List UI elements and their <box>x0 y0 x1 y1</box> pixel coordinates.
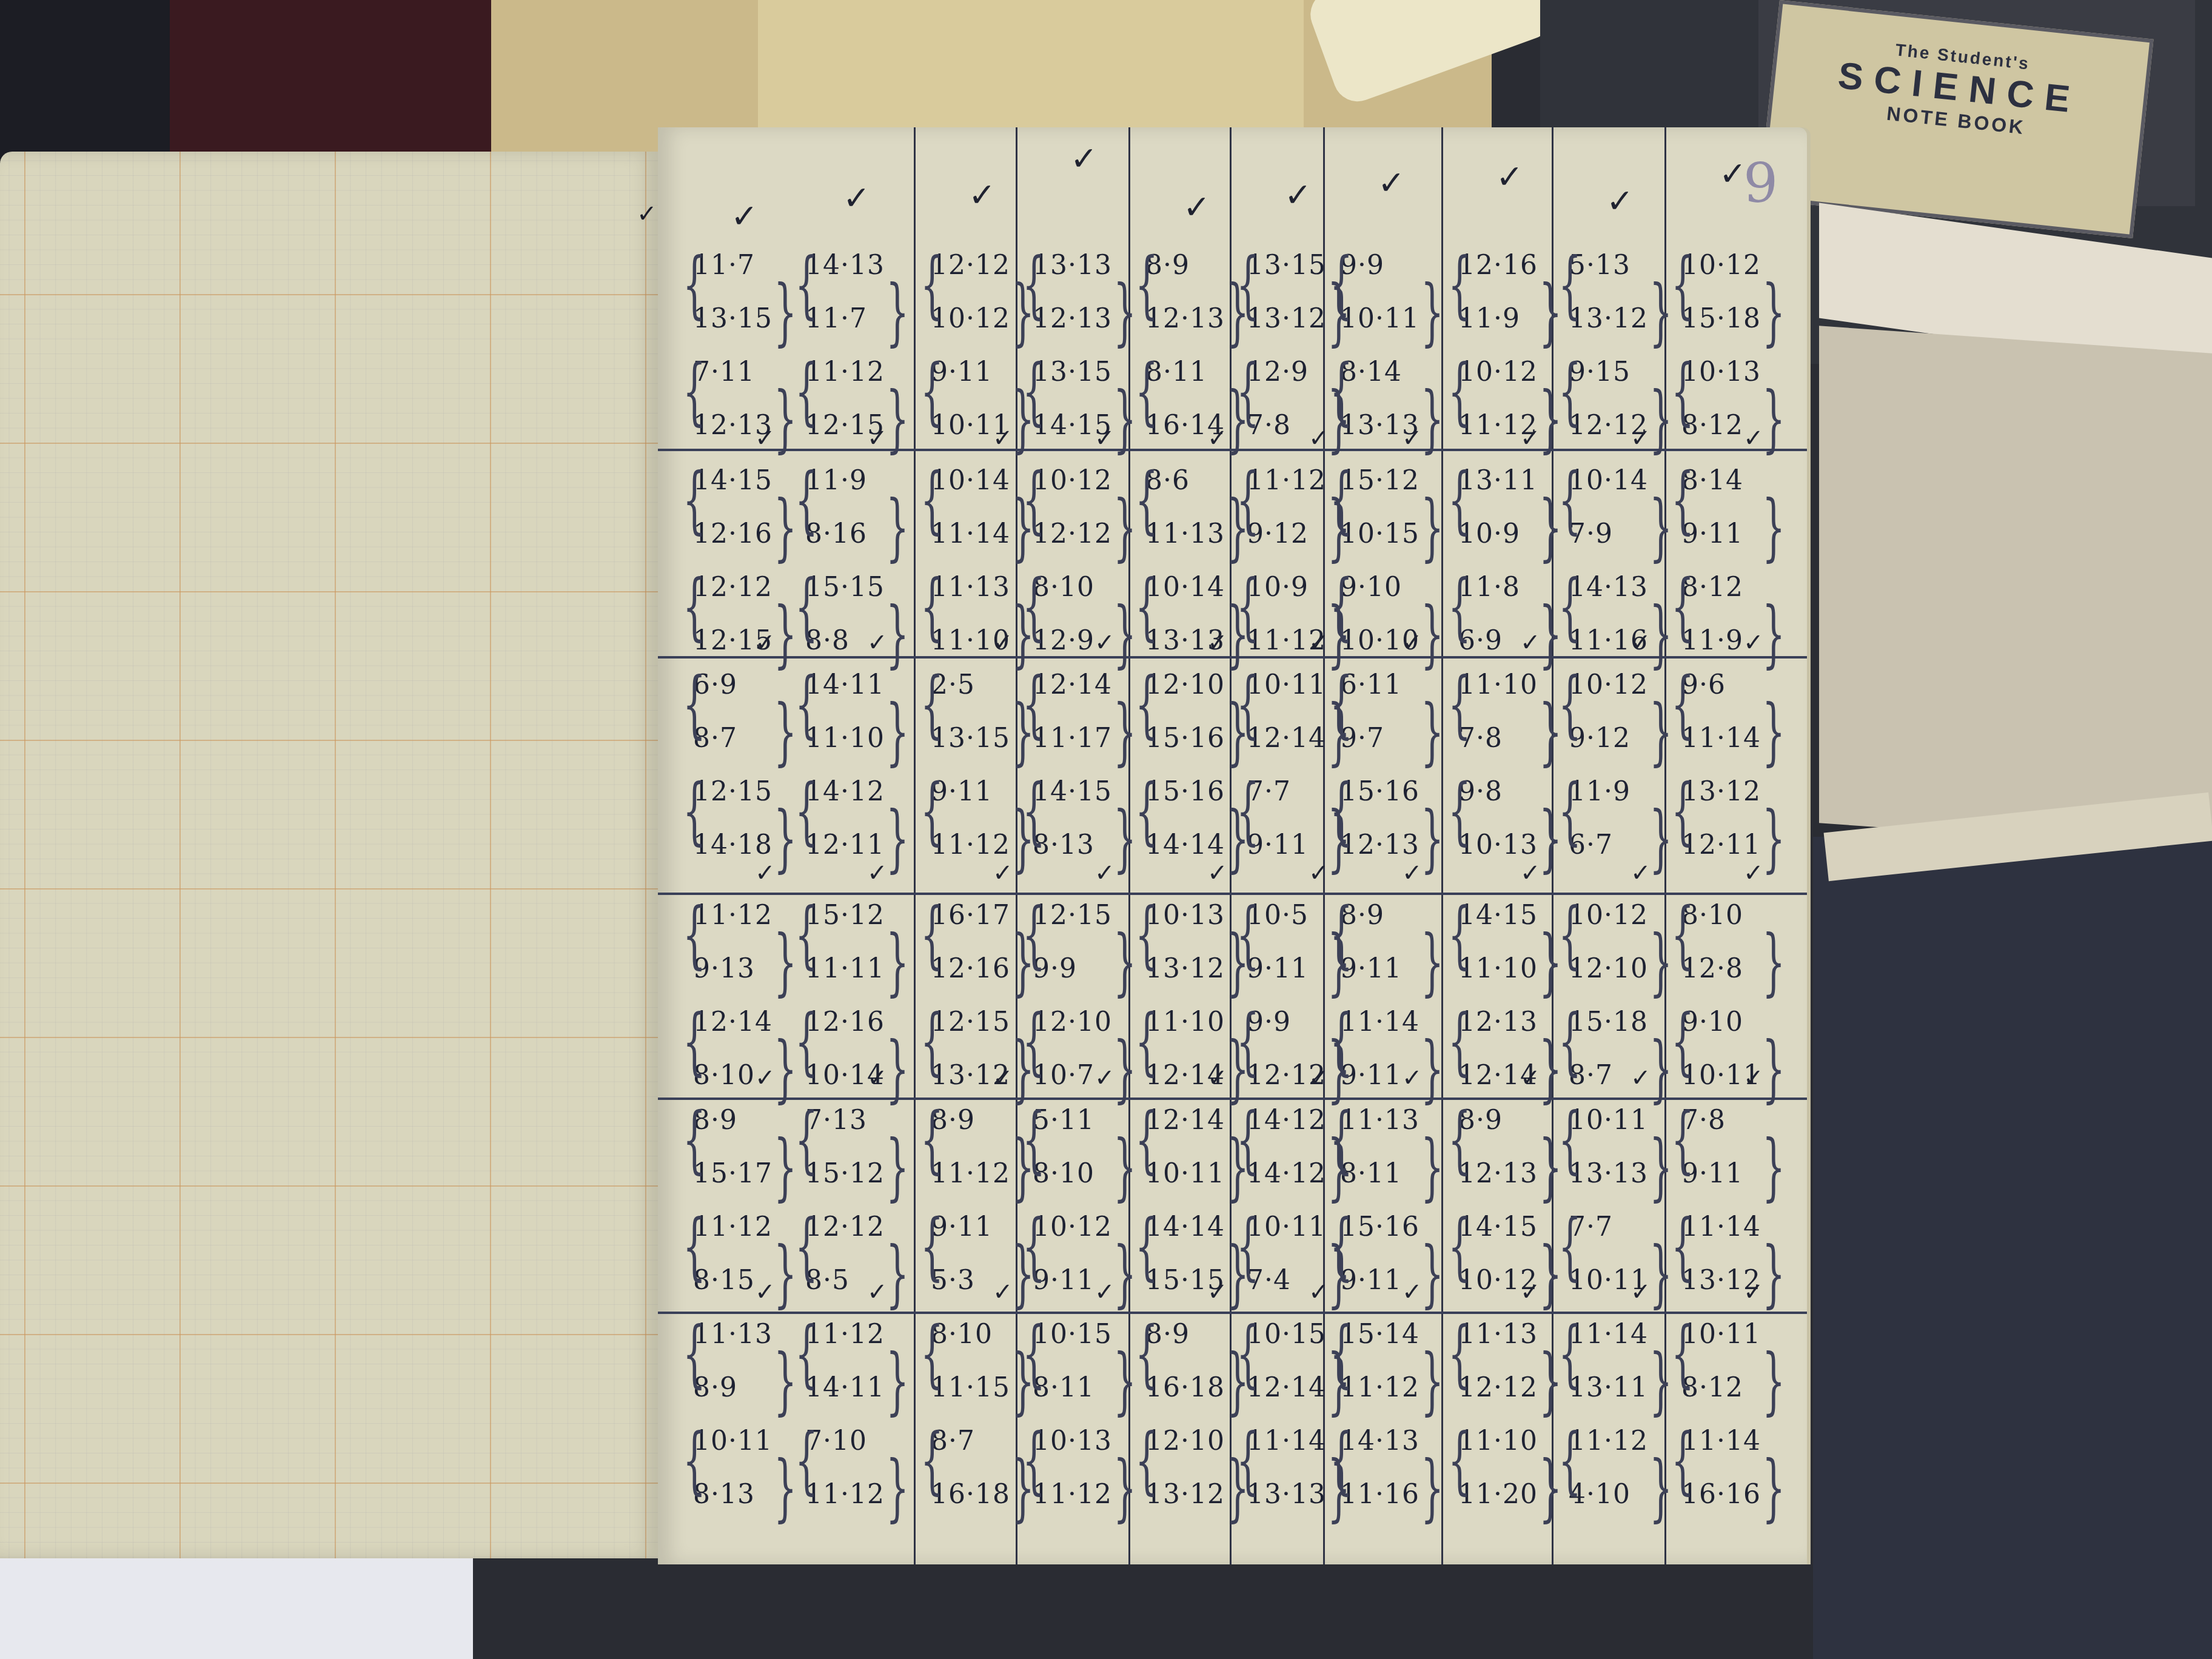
right-brace-icon: } <box>1649 926 1672 999</box>
left-brace-icon: { <box>1022 668 1045 741</box>
check-mark-icon: ✓ <box>1402 1064 1423 1092</box>
left-brace-icon: { <box>1022 571 1045 643</box>
left-brace-icon: { <box>1448 668 1471 741</box>
right-brace-icon: } <box>1421 926 1444 999</box>
left-brace-icon: { <box>1236 464 1259 537</box>
check-mark-icon: ✓ <box>1207 1064 1228 1092</box>
left-brace-icon: { <box>1022 355 1045 428</box>
check-mark-icon: ✓ <box>1094 1064 1115 1092</box>
right-brace-icon: } <box>886 491 909 564</box>
right-brace-icon: } <box>1421 383 1444 455</box>
right-brace-icon: } <box>774 802 797 875</box>
right-brace-icon: } <box>1762 1345 1785 1418</box>
left-brace-icon: { <box>1448 1318 1471 1390</box>
left-brace-icon: { <box>1671 1210 1694 1283</box>
right-brace-icon: } <box>774 1131 797 1204</box>
check-mark-icon: ✓ <box>755 1064 776 1092</box>
check-mark-icon: ✓ <box>1309 629 1329 657</box>
check-mark-icon: ✓ <box>1631 424 1651 452</box>
right-brace-icon: } <box>774 1033 797 1105</box>
left-brace-icon: { <box>1236 1424 1259 1497</box>
right-brace-icon: } <box>1421 1452 1444 1524</box>
left-brace-icon: { <box>920 899 943 971</box>
check-mark-icon: ✓ <box>1743 424 1764 452</box>
right-brace-icon: } <box>1113 1131 1136 1204</box>
left-brace-icon: { <box>1236 1210 1259 1283</box>
right-brace-icon: } <box>1649 1452 1672 1524</box>
left-brace-icon: { <box>1236 1104 1259 1176</box>
check-mark-icon: ✓ <box>1207 859 1228 887</box>
left-brace-icon: { <box>1330 571 1353 643</box>
left-brace-icon: { <box>1671 899 1694 971</box>
left-brace-icon: { <box>795 668 818 741</box>
check-mark-icon: ✓ <box>993 629 1013 657</box>
right-brace-icon: } <box>886 598 909 671</box>
right-brace-icon: } <box>1649 1033 1672 1105</box>
cover-label: The Student's SCIENCE NOTE BOOK <box>1759 0 2154 238</box>
left-brace-icon: { <box>1135 668 1158 741</box>
left-brace-icon: { <box>1671 775 1694 848</box>
check-mark-icon: ✓ <box>1309 1064 1329 1092</box>
page-number: 9 <box>1743 152 1778 215</box>
check-mark-icon: ✓ <box>1631 859 1651 887</box>
left-brace-icon: { <box>683 668 706 741</box>
left-brace-icon: { <box>1671 668 1694 741</box>
right-brace-icon: } <box>886 276 909 349</box>
right-brace-icon: } <box>1762 1452 1785 1524</box>
check-mark-icon: ✓ <box>867 859 888 887</box>
check-mark-icon: ✓ <box>755 1278 776 1306</box>
left-brace-icon: { <box>1022 249 1045 321</box>
left-brace-icon: { <box>1330 1318 1353 1390</box>
left-brace-icon: { <box>1236 355 1259 428</box>
check-mark-icon: ✓ <box>1631 629 1651 657</box>
left-brace-icon: { <box>683 1318 706 1390</box>
left-brace-icon: { <box>1236 899 1259 971</box>
right-brace-icon: } <box>774 1452 797 1524</box>
left-brace-icon: { <box>683 571 706 643</box>
check-mark-icon: ✓ <box>1520 424 1541 452</box>
right-brace-icon: } <box>1762 802 1785 875</box>
right-brace-icon: } <box>1113 1238 1136 1310</box>
left-brace-icon: { <box>795 1104 818 1176</box>
background-red-fabric <box>170 0 546 170</box>
check-mark-icon: ✓ <box>1207 629 1228 657</box>
left-brace-icon: { <box>1558 249 1581 321</box>
left-brace-icon: { <box>1558 668 1581 741</box>
left-brace-icon: { <box>1022 1318 1045 1390</box>
right-brace-icon: } <box>1649 1131 1672 1204</box>
check-mark-icon: ✓ <box>1094 424 1115 452</box>
left-brace-icon: { <box>1558 1318 1581 1390</box>
left-brace-icon: { <box>920 464 943 537</box>
left-brace-icon: { <box>1022 464 1045 537</box>
right-brace-icon: } <box>774 598 797 671</box>
left-brace-icon: { <box>1558 571 1581 643</box>
right-brace-icon: } <box>1762 926 1785 999</box>
right-brace-icon: } <box>1421 598 1444 671</box>
check-mark-icon: ✓ <box>1207 424 1228 452</box>
left-brace-icon: { <box>1671 1318 1694 1390</box>
left-brace-icon: { <box>1022 899 1045 971</box>
left-brace-icon: { <box>1135 1424 1158 1497</box>
right-brace-icon: } <box>774 926 797 999</box>
left-brace-icon: { <box>683 249 706 321</box>
right-brace-icon: } <box>1113 276 1136 349</box>
left-brace-icon: { <box>1330 1210 1353 1283</box>
check-mark-icon: ✓ <box>755 859 776 887</box>
check-mark-icon: ✓ <box>1094 859 1115 887</box>
right-brace-icon: } <box>1762 1131 1785 1204</box>
check-mark-icon: ✓ <box>993 1064 1013 1092</box>
check-mark-icon: ✓ <box>755 629 776 657</box>
left-brace-icon: { <box>920 1318 943 1390</box>
left-brace-icon: { <box>1135 355 1158 428</box>
left-brace-icon: { <box>920 775 943 848</box>
right-brace-icon: } <box>1113 598 1136 671</box>
right-brace-icon: } <box>1113 802 1136 875</box>
right-brace-icon: } <box>774 383 797 455</box>
right-brace-icon: } <box>1762 383 1785 455</box>
left-brace-icon: { <box>1558 1424 1581 1497</box>
right-brace-icon: } <box>1113 1033 1136 1105</box>
left-brace-icon: { <box>1330 775 1353 848</box>
left-brace-icon: { <box>1330 355 1353 428</box>
left-brace-icon: { <box>1135 464 1158 537</box>
left-brace-icon: { <box>1558 1210 1581 1283</box>
left-brace-icon: { <box>1448 249 1471 321</box>
check-mark-icon: ✓ <box>1631 1278 1651 1306</box>
left-brace-icon: { <box>1135 1104 1158 1176</box>
left-brace-icon: { <box>1448 1104 1471 1176</box>
left-brace-icon: { <box>683 899 706 971</box>
check-mark-icon: ✓ <box>1719 155 1746 193</box>
left-brace-icon: { <box>1448 355 1471 428</box>
right-brace-icon: } <box>886 1345 909 1418</box>
left-brace-icon: { <box>795 1005 818 1078</box>
left-brace-icon: { <box>1330 1104 1353 1176</box>
left-brace-icon: { <box>683 355 706 428</box>
check-mark-icon: ✓ <box>993 1278 1013 1306</box>
left-brace-icon: { <box>1448 571 1471 643</box>
left-brace-icon: { <box>1135 571 1158 643</box>
right-brace-icon: } <box>774 491 797 564</box>
left-brace-icon: { <box>1022 1210 1045 1283</box>
left-brace-icon: { <box>683 464 706 537</box>
right-brace-icon: } <box>1113 1452 1136 1524</box>
left-brace-icon: { <box>1671 249 1694 321</box>
archive-box-interior <box>758 0 1304 139</box>
left-brace-icon: { <box>920 1424 943 1497</box>
right-brace-icon: } <box>1649 491 1672 564</box>
check-mark-icon: ✓ <box>1094 1278 1115 1306</box>
left-brace-icon: { <box>920 668 943 741</box>
check-mark-icon: ✓ <box>1520 1278 1541 1306</box>
right-brace-icon: } <box>1421 802 1444 875</box>
right-brace-icon: } <box>1113 1345 1136 1418</box>
left-brace-icon: { <box>1558 464 1581 537</box>
left-brace-icon: { <box>1135 1210 1158 1283</box>
right-brace-icon: } <box>1421 1238 1444 1310</box>
left-brace-icon: { <box>1330 464 1353 537</box>
left-brace-icon: { <box>1236 249 1259 321</box>
grey-box <box>1819 326 2212 850</box>
right-brace-icon: } <box>886 383 909 455</box>
left-brace-icon: { <box>920 1005 943 1078</box>
right-brace-icon: } <box>1421 695 1444 768</box>
right-brace-icon: } <box>1762 598 1785 671</box>
left-brace-icon: { <box>1022 1005 1045 1078</box>
check-mark-icon: ✓ <box>1402 629 1423 657</box>
right-brace-icon: } <box>1762 695 1785 768</box>
left-brace-icon: { <box>1448 1210 1471 1283</box>
left-brace-icon: { <box>1236 1005 1259 1078</box>
right-brace-icon: } <box>1649 1238 1672 1310</box>
right-brace-icon: } <box>1649 598 1672 671</box>
check-mark-icon: ✓ <box>1402 1278 1423 1306</box>
left-brace-icon: { <box>1448 899 1471 971</box>
left-brace-icon: { <box>1558 1104 1581 1176</box>
check-mark-icon: ✓ <box>1402 859 1423 887</box>
left-brace-icon: { <box>1236 775 1259 848</box>
left-brace-icon: { <box>795 355 818 428</box>
right-brace-icon: } <box>886 1238 909 1310</box>
left-brace-icon: { <box>1236 668 1259 741</box>
right-brace-icon: } <box>774 1238 797 1310</box>
left-brace-icon: { <box>1236 571 1259 643</box>
right-brace-icon: } <box>1421 1345 1444 1418</box>
check-mark-icon: ✓ <box>1496 158 1523 196</box>
left-brace-icon: { <box>1448 464 1471 537</box>
left-brace-icon: { <box>1330 1005 1353 1078</box>
right-brace-icon: } <box>1421 1131 1444 1204</box>
check-mark-icon: ✓ <box>993 859 1013 887</box>
left-brace-icon: { <box>1558 1005 1581 1078</box>
left-brace-icon: { <box>1236 1318 1259 1390</box>
check-mark-icon: ✓ <box>1309 859 1329 887</box>
left-brace-icon: { <box>683 1424 706 1497</box>
left-brace-icon: { <box>1330 1424 1353 1497</box>
right-brace-icon: } <box>886 1452 909 1524</box>
left-brace-icon: { <box>1448 775 1471 848</box>
check-mark-icon: ✓ <box>1183 188 1210 226</box>
left-brace-icon: { <box>1671 464 1694 537</box>
right-brace-icon: } <box>886 926 909 999</box>
check-mark-icon: ✓ <box>1284 176 1312 214</box>
check-mark-icon: ✓ <box>1743 1278 1764 1306</box>
left-brace-icon: { <box>1135 1318 1158 1390</box>
left-brace-icon: { <box>1448 1424 1471 1497</box>
right-brace-icon: } <box>1762 491 1785 564</box>
left-brace-icon: { <box>795 775 818 848</box>
left-brace-icon: { <box>795 899 818 971</box>
check-mark-icon: ✓ <box>1070 139 1098 178</box>
left-brace-icon: { <box>1135 1005 1158 1078</box>
left-brace-icon: { <box>795 249 818 321</box>
right-brace-icon: } <box>886 1131 909 1204</box>
left-brace-icon: { <box>795 571 818 643</box>
check-mark-icon: ✓ <box>867 424 888 452</box>
left-brace-icon: { <box>920 571 943 643</box>
left-brace-icon: { <box>1135 899 1158 971</box>
right-page-ledger: 9 ✓✓✓✓✓✓✓✓✓✓11·714·1312·1213·138·913·159… <box>658 127 1807 1564</box>
right-brace-icon: } <box>1421 276 1444 349</box>
right-brace-icon: } <box>1649 695 1672 768</box>
check-mark-icon: ✓ <box>968 176 996 214</box>
left-brace-icon: { <box>795 1210 818 1283</box>
right-brace-icon: } <box>1762 1033 1785 1105</box>
check-mark-icon: ✓ <box>1520 859 1541 887</box>
left-brace-icon: { <box>683 775 706 848</box>
right-brace-icon: } <box>1762 1238 1785 1310</box>
left-brace-icon: { <box>920 1210 943 1283</box>
check-mark-icon: ✓ <box>755 424 776 452</box>
left-brace-icon: { <box>1558 775 1581 848</box>
check-mark-icon: ✓ <box>1520 629 1541 657</box>
check-mark-icon: ✓ <box>867 1278 888 1306</box>
left-brace-icon: { <box>1330 249 1353 321</box>
check-mark-icon: ✓ <box>1378 164 1405 202</box>
left-brace-icon: { <box>795 464 818 537</box>
check-mark-icon: ✓ <box>1309 424 1329 452</box>
right-brace-icon: } <box>1113 491 1136 564</box>
right-brace-icon: } <box>1762 276 1785 349</box>
column-rule <box>914 127 916 1564</box>
desk-surface <box>1813 837 2212 1659</box>
left-brace-icon: { <box>1671 355 1694 428</box>
check-mark-icon: ✓ <box>1743 1064 1764 1092</box>
left-brace-icon: { <box>920 249 943 321</box>
check-mark-icon: ✓ <box>867 629 888 657</box>
left-brace-icon: { <box>1022 1104 1045 1176</box>
check-mark-icon: ✓ <box>843 179 870 217</box>
right-brace-icon: } <box>886 695 909 768</box>
right-brace-icon: } <box>1113 695 1136 768</box>
margin-check-mark-icon: ✓ <box>637 200 657 228</box>
left-brace-icon: { <box>1558 355 1581 428</box>
left-brace-icon: { <box>1135 249 1158 321</box>
right-brace-icon: } <box>1421 1033 1444 1105</box>
right-brace-icon: } <box>774 695 797 768</box>
left-brace-icon: { <box>683 1005 706 1078</box>
check-mark-icon: ✓ <box>1743 629 1764 657</box>
left-page-graph-paper <box>0 152 658 1558</box>
left-brace-icon: { <box>795 1318 818 1390</box>
check-mark-icon: ✓ <box>1094 629 1115 657</box>
right-brace-icon: } <box>774 1345 797 1418</box>
right-brace-icon: } <box>1649 276 1672 349</box>
left-brace-icon: { <box>1330 668 1353 741</box>
check-mark-icon: ✓ <box>1207 1278 1228 1306</box>
left-brace-icon: { <box>1671 1104 1694 1176</box>
right-brace-icon: } <box>1113 383 1136 455</box>
check-mark-icon: ✓ <box>731 197 758 235</box>
left-brace-icon: { <box>683 1210 706 1283</box>
check-mark-icon: ✓ <box>1520 1064 1541 1092</box>
right-brace-icon: } <box>1649 802 1672 875</box>
right-brace-icon: } <box>886 1033 909 1105</box>
left-brace-icon: { <box>1022 1424 1045 1497</box>
check-mark-icon: ✓ <box>1402 424 1423 452</box>
right-brace-icon: } <box>774 276 797 349</box>
left-brace-icon: { <box>1022 775 1045 848</box>
left-brace-icon: { <box>1671 1424 1694 1497</box>
check-mark-icon: ✓ <box>867 1064 888 1092</box>
left-brace-icon: { <box>1558 899 1581 971</box>
right-brace-icon: } <box>1113 926 1136 999</box>
right-brace-icon: } <box>886 802 909 875</box>
left-brace-icon: { <box>1448 1005 1471 1078</box>
check-mark-icon: ✓ <box>1606 182 1634 220</box>
right-brace-icon: } <box>1421 491 1444 564</box>
left-brace-icon: { <box>1135 775 1158 848</box>
left-brace-icon: { <box>683 1104 706 1176</box>
check-mark-icon: ✓ <box>1631 1064 1651 1092</box>
left-brace-icon: { <box>920 1104 943 1176</box>
left-brace-icon: { <box>1671 1005 1694 1078</box>
left-brace-icon: { <box>920 355 943 428</box>
right-brace-icon: } <box>1649 383 1672 455</box>
check-mark-icon: ✓ <box>993 424 1013 452</box>
check-mark-icon: ✓ <box>1309 1278 1329 1306</box>
right-brace-icon: } <box>1649 1345 1672 1418</box>
check-mark-icon: ✓ <box>1743 859 1764 887</box>
left-brace-icon: { <box>1330 899 1353 971</box>
left-brace-icon: { <box>795 1424 818 1497</box>
left-brace-icon: { <box>1671 571 1694 643</box>
